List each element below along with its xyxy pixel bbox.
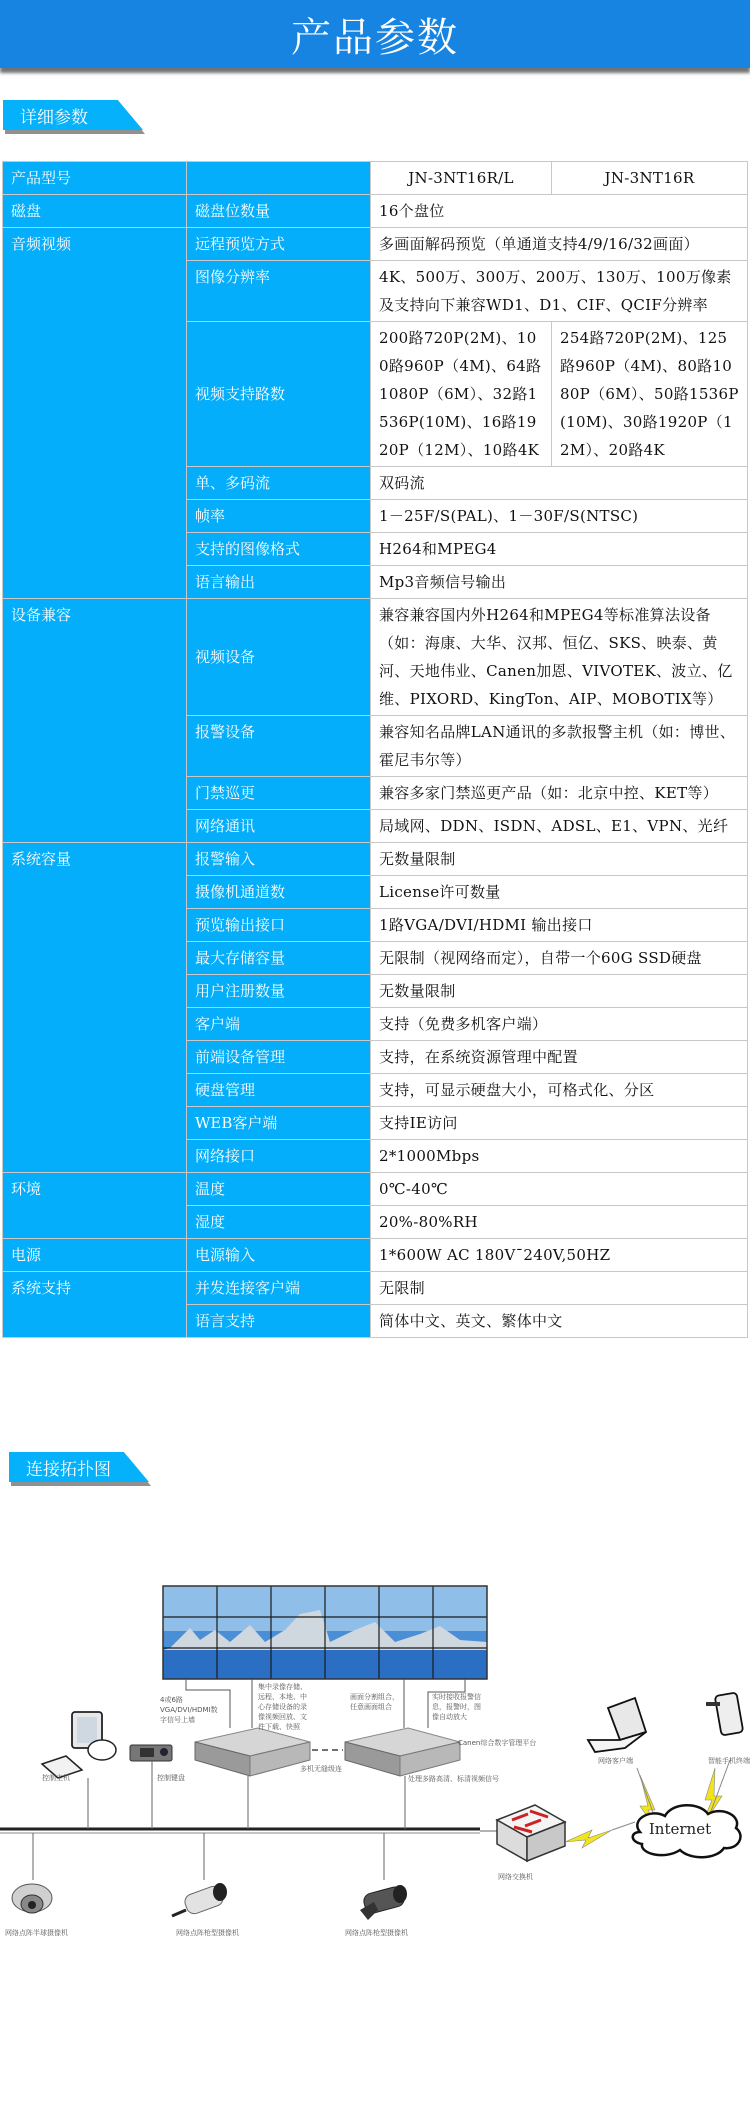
bullet-camera-icon (360, 1885, 407, 1920)
table-row: 电源 电源输入 1*600W AC 180V¯240V,50HZ (3, 1239, 748, 1272)
category-cell: 系统容量 (3, 843, 187, 1173)
value-cell: H264和MPEG4 (371, 533, 748, 566)
sub-cell: 网络接口 (187, 1140, 371, 1173)
diagram-note: 实时接收报警信息，报警时，图像自动放大 (432, 1692, 487, 1722)
diagram-label: 控制主机 (42, 1773, 70, 1783)
sub-cell: 语言输出 (187, 566, 371, 599)
value-cell: 无数量限制 (371, 843, 748, 876)
value-cell: 1路VGA/DVI/HDMI 输出接口 (371, 909, 748, 942)
sub-cell: 湿度 (187, 1206, 371, 1239)
diagram-label: 控制键盘 (157, 1773, 185, 1783)
server-icon (195, 1728, 310, 1776)
spec-table: 产品型号 JN-3NT16R/L JN-3NT16R 磁盘 磁盘位数量 16个盘… (2, 161, 748, 1338)
header-sub (187, 162, 371, 195)
value-cell: 无限制（视网络而定），自带一个60G SSD硬盘 (371, 942, 748, 975)
internet-label: Internet (649, 1820, 711, 1838)
sub-cell: 报警输入 (187, 843, 371, 876)
sub-cell: 用户注册数量 (187, 975, 371, 1008)
value-cell: Mp3音频信号输出 (371, 566, 748, 599)
table-header-row: 产品型号 JN-3NT16R/L JN-3NT16R (3, 162, 748, 195)
sub-cell: 前端设备管理 (187, 1041, 371, 1074)
wireless-link-icon (565, 1830, 612, 1848)
sub-cell: 最大存储容量 (187, 942, 371, 975)
table-row: 系统容量 报警输入 无数量限制 (3, 843, 748, 876)
computer-icon (42, 1712, 116, 1778)
diagram-label: 多机无缝级连 (300, 1764, 342, 1774)
sub-cell: 磁盘位数量 (187, 195, 371, 228)
model-a: JN-3NT16R/L (371, 162, 552, 195)
value-cell: 双码流 (371, 467, 748, 500)
sub-cell: 门禁巡更 (187, 777, 371, 810)
value-cell: 16个盘位 (371, 195, 748, 228)
value-cell: 4K、500万、300万、200万、130万、100万像素及支持向下兼容WD1、… (371, 261, 748, 322)
value-cell: 2*1000Mbps (371, 1140, 748, 1173)
bullet-camera-icon (172, 1883, 227, 1916)
diagram-note: 4或6路VGA/DVI/HDMI数字信号上墙 (160, 1695, 218, 1725)
sub-cell: WEB客户端 (187, 1107, 371, 1140)
value-cell: 20%-80%RH (371, 1206, 748, 1239)
control-keyboard-icon (130, 1745, 172, 1761)
table-row: 系统支持 并发连接客户端 无限制 (3, 1272, 748, 1305)
section-tag-topology: 连接拓扑图 (9, 1452, 149, 1482)
value-cell: 1－25F/S(PAL)、1－30F/S(NTSC) (371, 500, 748, 533)
table-row: 环境 温度 0℃-40℃ (3, 1173, 748, 1206)
value-cell: 多画面解码预览（单通道支持4/9/16/32画面） (371, 228, 748, 261)
dome-camera-icon (12, 1884, 52, 1913)
sub-cell: 摄像机通道数 (187, 876, 371, 909)
sub-cell: 硬盘管理 (187, 1074, 371, 1107)
sub-cell: 帧率 (187, 500, 371, 533)
laptop-icon (588, 1698, 646, 1752)
category-cell: 系统支持 (3, 1272, 187, 1338)
sub-cell: 视频支持路数 (187, 322, 371, 467)
value-cell: 简体中文、英文、繁体中文 (371, 1305, 748, 1338)
sub-cell: 并发连接客户端 (187, 1272, 371, 1305)
sub-cell: 图像分辨率 (187, 261, 371, 322)
sub-cell: 网络通讯 (187, 810, 371, 843)
diagram-label: 网络点阵半球摄像机 (5, 1928, 68, 1938)
value-cell: 1*600W AC 180V¯240V,50HZ (371, 1239, 748, 1272)
server-icon (345, 1728, 460, 1776)
diagram-label: 处理多路高清、标清视频信号 (408, 1774, 499, 1784)
diagram-note: 集中录像存储、远程、本地、中心存储设备的录像视频回放、文件下载、快照 (258, 1682, 310, 1732)
page-banner: 产品参数 (0, 0, 750, 68)
sub-cell: 电源输入 (187, 1239, 371, 1272)
diagram-label: 网络交换机 (498, 1872, 533, 1882)
category-cell: 电源 (3, 1239, 187, 1272)
section-title: 详细参数 (20, 103, 88, 128)
sub-cell: 预览输出接口 (187, 909, 371, 942)
section-title: 连接拓扑图 (26, 1455, 111, 1480)
smartphone-icon (706, 1692, 743, 1735)
network-switch-icon (497, 1805, 565, 1861)
sub-cell: 远程预览方式 (187, 228, 371, 261)
table-row: 音频视频 远程预览方式 多画面解码预览（单通道支持4/9/16/32画面） (3, 228, 748, 261)
topology-graphic: Internet (0, 1530, 750, 1950)
value-cell: 支持，可显示硬盘大小，可格式化、分区 (371, 1074, 748, 1107)
diagram-note: 画面分割组合，任意画面组合 (350, 1692, 402, 1712)
diagram-label: 网络客户端 (598, 1756, 633, 1766)
topology-diagram: Internet 控制主机 控制键盘 多机无缝级连 Canen综合数字管理平台 … (0, 1530, 750, 1950)
sub-cell: 语言支持 (187, 1305, 371, 1338)
value-cell-model-b: 254路720P(2M)、125路960P（4M)、80路1080P（6M）、5… (552, 322, 748, 467)
value-cell: 无数量限制 (371, 975, 748, 1008)
sub-cell: 温度 (187, 1173, 371, 1206)
section-tag-params: 详细参数 (3, 100, 143, 130)
value-cell: 无限制 (371, 1272, 748, 1305)
diagram-label: 网络点阵枪型摄像机 (345, 1928, 408, 1938)
value-cell: 兼容知名品牌LAN通讯的多款报警主机（如：博世、霍尼韦尔等） (371, 716, 748, 777)
value-cell: 支持（免费多机客户端） (371, 1008, 748, 1041)
diagram-label: Canen综合数字管理平台 (458, 1738, 536, 1748)
value-cell: 局域网、DDN、ISDN、ADSL、E1、VPN、光纤 (371, 810, 748, 843)
category-cell: 设备兼容 (3, 599, 187, 843)
diagram-label: 网络点阵枪型摄像机 (176, 1928, 239, 1938)
table-row: 设备兼容 视频设备 兼容兼容国内外H264和MPEG4等标准算法设备（如：海康、… (3, 599, 748, 716)
sub-cell: 支持的图像格式 (187, 533, 371, 566)
value-cell-model-a: 200路720P(2M)、100路960P（4M)、64路1080P（6M）、3… (371, 322, 552, 467)
category-cell: 磁盘 (3, 195, 187, 228)
diagram-label: 智能手机终端 (708, 1756, 750, 1766)
header-category: 产品型号 (3, 162, 187, 195)
category-cell: 音频视频 (3, 228, 187, 599)
value-cell: 0℃-40℃ (371, 1173, 748, 1206)
sub-cell: 报警设备 (187, 716, 371, 777)
sub-cell: 客户端 (187, 1008, 371, 1041)
value-cell: 支持，在系统资源管理中配置 (371, 1041, 748, 1074)
video-wall-icon (163, 1586, 487, 1679)
model-b: JN-3NT16R (552, 162, 748, 195)
sub-cell: 视频设备 (187, 599, 371, 716)
value-cell: 支持IE访问 (371, 1107, 748, 1140)
page-title: 产品参数 (291, 6, 459, 63)
category-cell: 环境 (3, 1173, 187, 1239)
sub-cell: 单、多码流 (187, 467, 371, 500)
value-cell: License许可数量 (371, 876, 748, 909)
table-row: 磁盘 磁盘位数量 16个盘位 (3, 195, 748, 228)
value-cell: 兼容多家门禁巡更产品（如：北京中控、KET等） (371, 777, 748, 810)
value-cell: 兼容兼容国内外H264和MPEG4等标准算法设备（如：海康、大华、汉邦、恒亿、S… (371, 599, 748, 716)
